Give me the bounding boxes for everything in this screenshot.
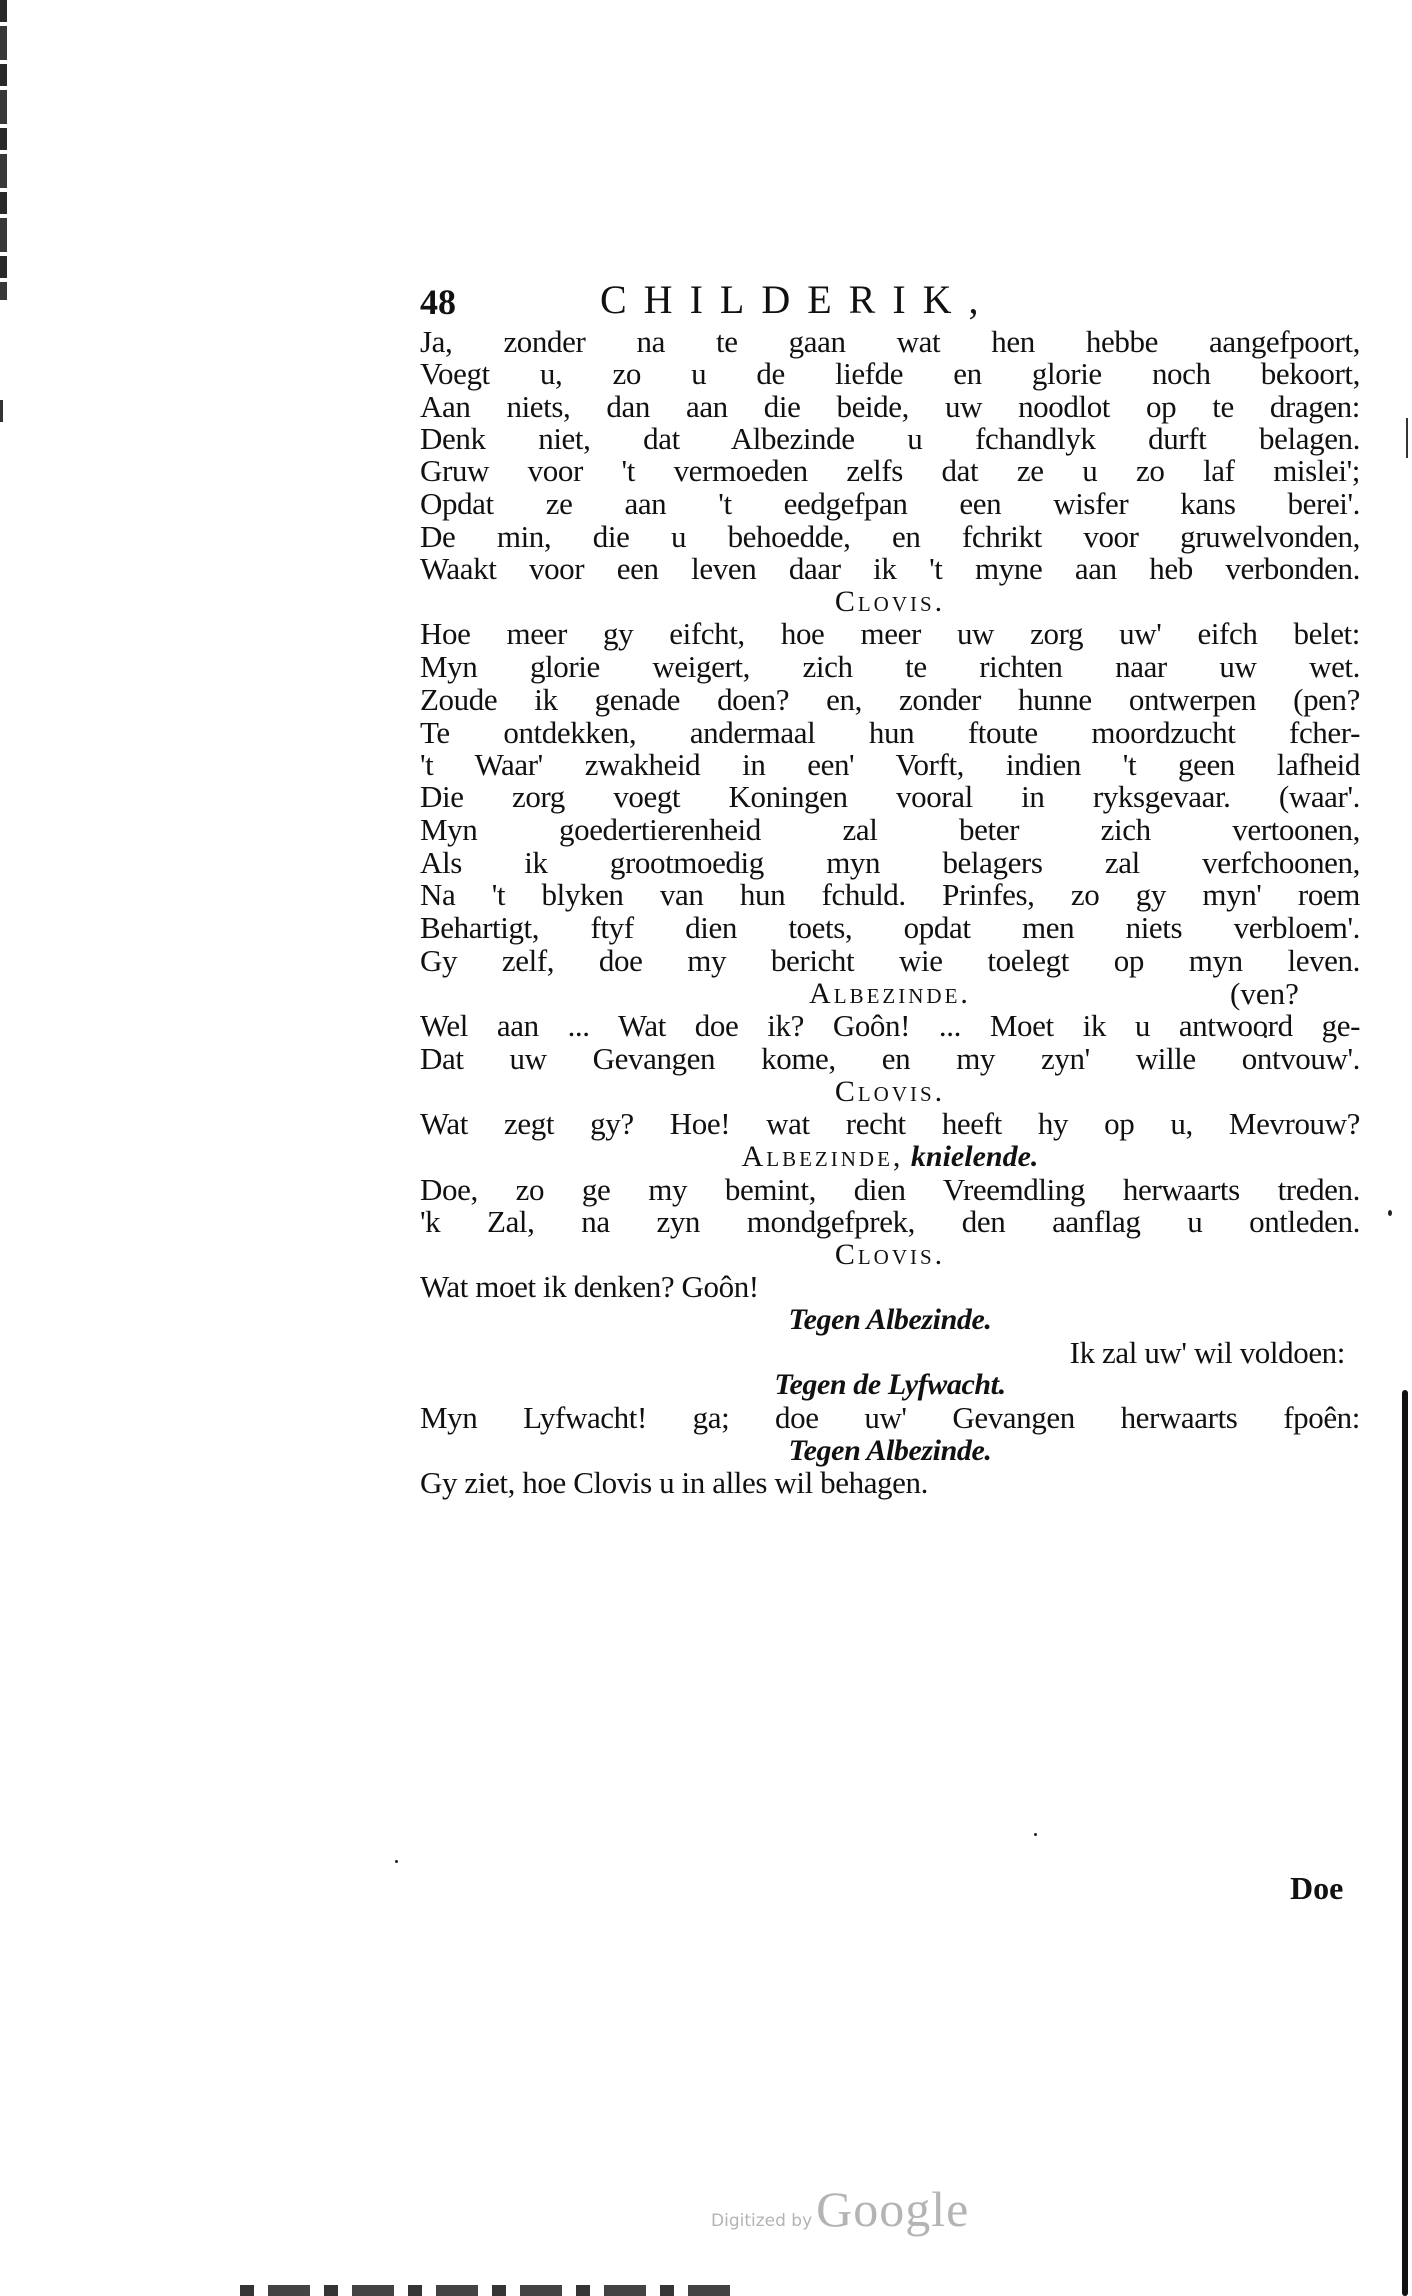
verse-line: 'k Zal, na zyn mondgefprek, den aanflag … <box>420 1205 1360 1239</box>
verse-line: Hoe meer gy eifcht, hoe meer uw zorg uw'… <box>420 617 1360 651</box>
speaker-heading: Clovis. <box>420 1238 1360 1272</box>
verse-line: Als ik grootmoedig myn belagers zal verf… <box>420 846 1360 880</box>
verse-line: 't Waar' zwakheid in een' Vorft, indien … <box>420 748 1360 782</box>
speaker-name: Clovis. <box>835 1075 945 1108</box>
stage-direction: Tegen Albezinde. <box>420 1434 1360 1468</box>
verse-line: Gy ziet, hoe Clovis u in alles wil behag… <box>420 1466 1360 1500</box>
page-edge-right <box>1402 1390 1408 2296</box>
page-edge-mark <box>1406 418 1408 458</box>
speaker-heading: Albezinde. <box>420 977 1360 1011</box>
watermark-prefix: Digitized by <box>711 2211 812 2231</box>
verse-line: Wat zegt gy? Hoe! wat recht heeft hy op … <box>420 1107 1360 1141</box>
verse-line: Gruw voor 't vermoeden zelfs dat ze u zo… <box>420 454 1360 488</box>
speaker-heading: Albezinde, knielende. <box>420 1140 1360 1174</box>
verse-line: Voegt u, zo u de liefde en glorie noch b… <box>420 357 1360 391</box>
page-number: 48 <box>420 280 456 324</box>
speaker-name: Albezinde. <box>809 977 971 1010</box>
ink-speck <box>1264 1035 1267 1038</box>
ink-speck <box>1034 1833 1037 1836</box>
digitized-by-google-watermark: Digitized by Google <box>711 2180 969 2238</box>
verse-line: Myn goedertierenheid zal beter zich vert… <box>420 813 1360 847</box>
verse-line: Denk niet, dat Albezinde u fchandlyk dur… <box>420 422 1360 456</box>
verse-line: Waakt voor een leven daar ik 't myne aan… <box>420 552 1360 586</box>
verse-line: De min, die u behoedde, en fchrikt voor … <box>420 520 1360 554</box>
google-logo: Google <box>816 2181 969 2237</box>
verse-line: Wat moet ik denken? Goôn! <box>420 1270 1360 1304</box>
book-page: 48 CHILDERIK, Ja, zonder na te gaan wat … <box>0 0 1412 2296</box>
verse-line: Zoude ik genade doen? en, zonder hunne o… <box>420 683 1360 717</box>
verse-line: Wel aan ... Wat doe ik? Goôn! ... Moet i… <box>420 1009 1360 1043</box>
verse-line: Ja, zonder na te gaan wat hen hebbe aang… <box>420 325 1360 359</box>
running-title: CHILDERIK, <box>600 276 996 324</box>
verse-line: Gy zelf, doe my bericht wie toelegt op m… <box>420 944 1360 978</box>
verse-line: Ik zal uw' wil voldoen: <box>420 1336 1345 1370</box>
verse-line: Te ontdekken, andermaal hun ftoute moord… <box>420 716 1360 750</box>
speaker-heading: Clovis. <box>420 585 1360 619</box>
stage-direction: knielende. <box>903 1140 1038 1173</box>
verse-line: Aan niets, dan aan die beide, uw noodlot… <box>420 390 1360 424</box>
verse-line: Die zorg voegt Koningen vooral in ryksge… <box>420 780 1360 814</box>
verse-line: Myn glorie weigert, zich te richten naar… <box>420 650 1360 684</box>
page-edge-mark <box>0 400 3 422</box>
verse-line: Behartigt, ftyf dien toets, opdat men ni… <box>420 911 1360 945</box>
verse-line: Opdat ze aan 't eedgefpan een wisfer kan… <box>420 487 1360 521</box>
ink-speck <box>395 1860 398 1863</box>
page-edge-bottom <box>240 2285 740 2296</box>
speaker-heading: Clovis. <box>420 1075 1360 1109</box>
verse-line: Doe, zo ge my bemint, dien Vreemdling he… <box>420 1173 1360 1207</box>
catchword: Doe <box>1290 1868 1343 1908</box>
verse-line: Dat uw Gevangen kome, en my zyn' wille o… <box>420 1042 1360 1076</box>
stage-direction: Tegen de Lyfwacht. <box>420 1368 1360 1402</box>
ink-speck <box>1388 1210 1392 1216</box>
speaker-name: Clovis. <box>835 1238 945 1271</box>
page-edge-left <box>0 0 7 300</box>
verse-line: Na 't blyken van hun fchuld. Prinfes, zo… <box>420 878 1360 912</box>
speaker-name: Albezinde, <box>742 1140 904 1173</box>
stage-direction: Tegen Albezinde. <box>420 1303 1360 1337</box>
verse-line: Myn Lyfwacht! ga; doe uw' Gevangen herwa… <box>420 1401 1360 1435</box>
speaker-name: Clovis. <box>835 585 945 618</box>
